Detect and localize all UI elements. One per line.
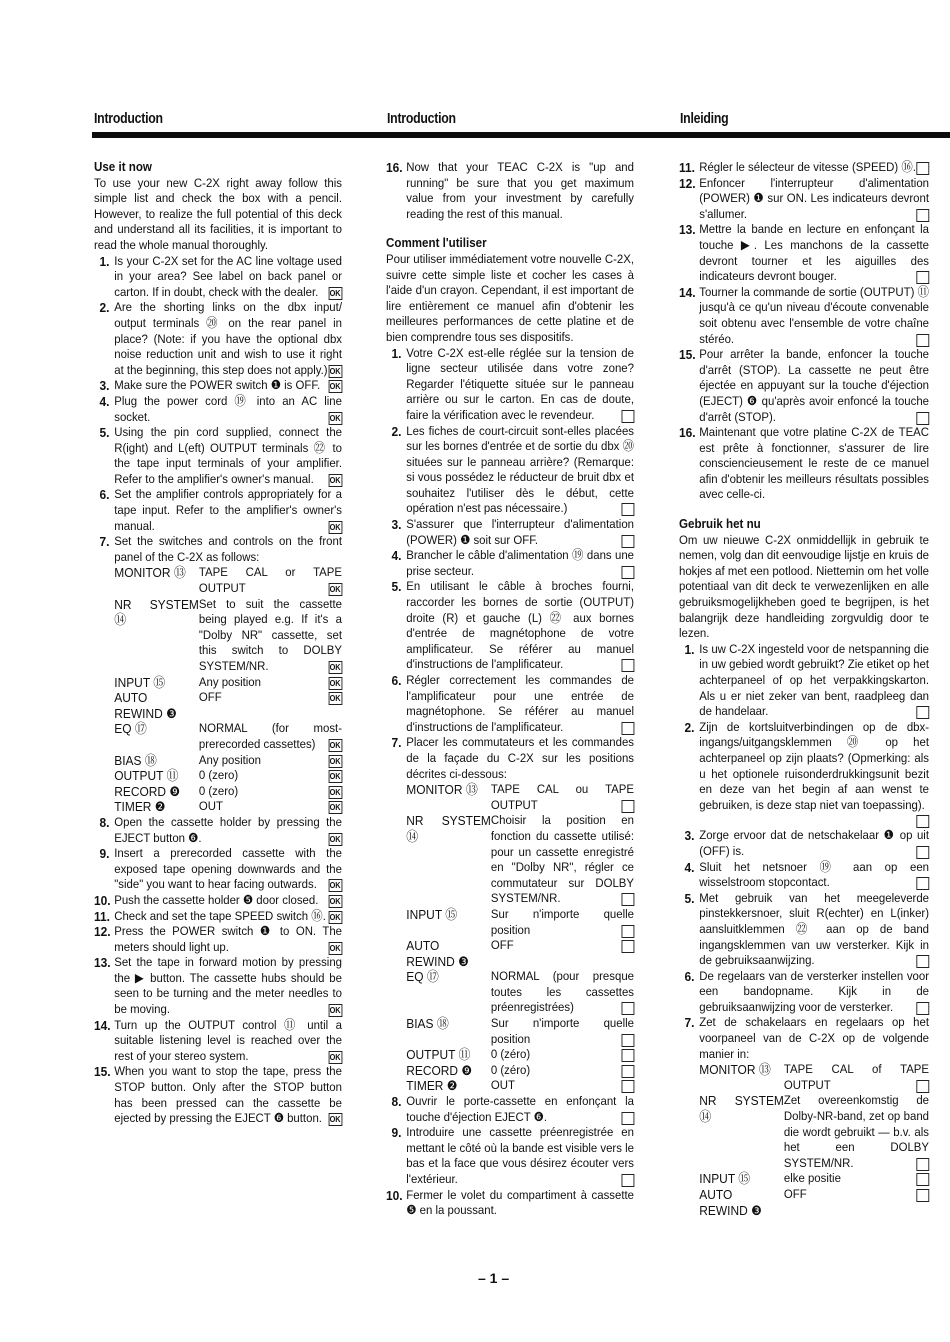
checkbox[interactable] — [621, 1049, 634, 1062]
step-number: 11. — [679, 160, 695, 176]
setting-value: Zet overeenkomstig de Dolby-NR-band, zet… — [784, 1093, 929, 1171]
step-text: S'assurer que l'interrupteur d'alimentat… — [406, 517, 634, 547]
settings-row: MONITOR ⑬TAPE CAL ou TAPE OUTPUT — [406, 782, 634, 813]
list-item: 13.Set the tape in forward motion by pre… — [94, 955, 342, 1017]
checkbox[interactable]: OK — [328, 755, 342, 768]
setting-key: RECORD ❾ — [406, 1063, 491, 1079]
step-text: Sluit het netsnoer ⑲ aan op een wisselst… — [699, 860, 929, 890]
setting-key: EQ ⑰ — [114, 721, 199, 752]
settings-row: AUTO REWIND ❸OFF — [406, 938, 634, 969]
list-item: 6.De regelaars van de versterker instell… — [679, 969, 929, 1016]
step-number: 13. — [679, 222, 696, 238]
section-intro: Pour utiliser immédiatement votre nouvel… — [386, 252, 634, 346]
step-text: When you want to stop the tape, press th… — [114, 1064, 342, 1125]
list-item: 14.Tourner la commande de sortie (OUTPUT… — [679, 285, 929, 347]
step-number: 7. — [100, 534, 110, 550]
list-item: 1.Votre C-2X est-elle réglée sur la tens… — [386, 346, 634, 424]
list-item: 4.Brancher le câble d'alimentation ⑲ dan… — [386, 548, 634, 579]
step-text: Votre C-2X est-elle réglée sur la tensio… — [406, 346, 634, 422]
step-text: Pour arrêter la bande, enfoncer la touch… — [699, 347, 929, 423]
checkbox[interactable] — [621, 1080, 634, 1093]
checkbox[interactable] — [916, 846, 929, 859]
setting-key: TIMER ❷ — [114, 799, 199, 815]
header-english: Introduction — [94, 110, 163, 127]
list-item: 4.Sluit het netsnoer ⑲ aan op een wissel… — [679, 860, 929, 891]
step-number: 11. — [94, 909, 110, 925]
setting-key: INPUT ⑮ — [699, 1171, 784, 1187]
settings-row: MONITOR ⑬TAPE CAL of TAPE OUTPUT — [699, 1062, 929, 1093]
list-item: 9.Insert a prerecorded cassette with the… — [94, 846, 342, 893]
step-number: 2. — [685, 720, 695, 736]
header-french: Introduction — [387, 110, 456, 127]
checkbox[interactable] — [916, 162, 929, 175]
list-item: 2.Zijn de kortsluitverbindingen op de db… — [679, 720, 929, 829]
step-text: Fermer le volet du compartiment à casset… — [406, 1188, 634, 1218]
step-number: 4. — [685, 860, 695, 876]
checkbox[interactable] — [916, 877, 929, 890]
checkbox[interactable]: OK — [328, 895, 342, 908]
checkbox[interactable]: OK — [328, 786, 342, 799]
checkbox[interactable]: OK — [328, 474, 342, 487]
checkbox[interactable] — [916, 1189, 929, 1202]
step-number: 4. — [392, 548, 402, 564]
checkbox[interactable] — [621, 1174, 634, 1187]
list-item: 11.Check and set the tape SPEED switch ⑯… — [94, 909, 342, 925]
step-text: Brancher le câble d'alimentation ⑲ dans … — [406, 548, 634, 578]
step-text: Set the switches and controls on the fro… — [114, 534, 342, 564]
list-item: 8.Ouvrir le porte-cassette en enfonçant … — [386, 1094, 634, 1125]
list-item: 9.Introduire une cassette préenregistrée… — [386, 1125, 634, 1187]
section-title: Use it now — [94, 160, 342, 176]
step-number: 2. — [392, 424, 402, 440]
setting-key: AUTO REWIND ❸ — [699, 1187, 784, 1218]
setting-value: TAPE CAL or TAPE OUTPUTOK — [199, 565, 342, 596]
setting-key: BIAS ⑱ — [114, 753, 199, 769]
step-text: Met gebruik van het meegeleverde pinstek… — [699, 891, 929, 967]
setting-key: RECORD ❾ — [114, 784, 199, 800]
step-number: 5. — [100, 425, 110, 441]
setting-value: NORMAL (for most-prerecorded cassettes)O… — [199, 721, 342, 752]
checkbox[interactable]: OK — [328, 1113, 342, 1126]
step-text: Placer les commutateurs et les commandes… — [406, 735, 634, 780]
step-text: Tourner la commande de sortie (OUTPUT) ⑪… — [699, 285, 929, 346]
setting-key: AUTO REWIND ❸ — [406, 938, 491, 969]
step-number: 10. — [386, 1188, 403, 1204]
list-item: 1.Is your C-2X set for the AC line volta… — [94, 254, 342, 301]
column-french: 16.Now that your TEAC C-2X is "up and ru… — [386, 160, 634, 1219]
setting-value: 0 (zéro) — [491, 1063, 634, 1079]
step-number: 1. — [392, 346, 402, 362]
checkbox[interactable]: OK — [328, 879, 342, 892]
setting-key: NR SYSTEM ⑭ — [406, 813, 491, 907]
checkbox[interactable] — [621, 410, 634, 423]
step-number: 2. — [100, 300, 110, 316]
header-dutch: Inleiding — [680, 110, 728, 127]
setting-key: BIAS ⑱ — [406, 1016, 491, 1047]
checkbox[interactable] — [621, 940, 634, 953]
setting-value: TAPE CAL of TAPE OUTPUT — [784, 1062, 929, 1093]
step-number: 15. — [679, 347, 696, 363]
list-item: 15.When you want to stop the tape, press… — [94, 1064, 342, 1126]
step-number: 8. — [100, 815, 110, 831]
checkbox[interactable]: OK — [328, 365, 342, 378]
column-dutch: 11.Régler le sélecteur de vitesse (SPEED… — [679, 160, 929, 1218]
settings-row: NR SYSTEM ⑭Zet overeenkomstig de Dolby-N… — [699, 1093, 929, 1171]
setting-key: MONITOR ⑬ — [699, 1062, 784, 1093]
setting-key: INPUT ⑮ — [406, 907, 491, 938]
settings-row: AUTO REWIND ❸OFF — [699, 1187, 929, 1218]
settings-row: TIMER ❷OUT — [406, 1078, 634, 1094]
settings-row: BIAS ⑱Any positionOK — [114, 753, 342, 769]
column-english: Use it nowTo use your new C-2X right awa… — [94, 160, 342, 1127]
list-item: 16.Now that your TEAC C-2X is "up and ru… — [386, 160, 634, 222]
section-intro: Om uw nieuwe C-2X onmiddellijk in gebrui… — [679, 533, 929, 642]
list-item: 15.Pour arrêter la bande, enfoncer la to… — [679, 347, 929, 425]
checkbox[interactable]: OK — [328, 521, 342, 534]
setting-value: TAPE CAL ou TAPE OUTPUT — [491, 782, 634, 813]
step-number: 14. — [679, 285, 696, 301]
checkbox[interactable]: OK — [328, 287, 342, 300]
checkbox[interactable]: OK — [328, 911, 342, 924]
step-text: Make sure the POWER switch ❶ is OFF. — [114, 378, 320, 392]
settings-table: MONITOR ⑬TAPE CAL of TAPE OUTPUTNR SYSTE… — [679, 1062, 929, 1218]
step-number: 12. — [679, 176, 696, 192]
setting-value: elke positie — [784, 1171, 929, 1187]
setting-value: Set to suit the cassette being played e.… — [199, 597, 342, 675]
checkbox[interactable] — [621, 566, 634, 579]
checkbox[interactable]: OK — [328, 833, 342, 846]
spacer — [679, 503, 929, 517]
list-item: 5.En utilisant le câble à broches fourni… — [386, 579, 634, 673]
checkbox[interactable] — [621, 503, 634, 516]
step-text: Zet de schakelaars en regelaars op het v… — [699, 1015, 929, 1060]
checkbox[interactable] — [916, 1173, 929, 1186]
list-item: 1.Is uw C-2X ingesteld voor de netspanni… — [679, 642, 929, 720]
checkbox[interactable] — [916, 209, 929, 222]
step-number: 7. — [685, 1015, 695, 1031]
step-text: Is your C-2X set for the AC line voltage… — [114, 254, 342, 299]
step-number: 10. — [94, 893, 111, 909]
setting-key: NR SYSTEM ⑭ — [699, 1093, 784, 1171]
list-item: 16.Maintenant que votre platine C-2X de … — [679, 425, 929, 503]
setting-key: AUTO REWIND ❸ — [114, 690, 199, 721]
checkbox[interactable]: OK — [328, 380, 342, 393]
setting-value: OFFOK — [199, 690, 342, 721]
setting-key: OUTPUT ⑪ — [114, 768, 199, 784]
setting-key: OUTPUT ⑪ — [406, 1047, 491, 1063]
step-text: Maintenant que votre platine C-2X de TEA… — [699, 425, 929, 501]
step-text: Turn up the OUTPUT control ⑪ until a sui… — [114, 1018, 342, 1063]
step-text: Using the pin cord supplied, connect the… — [114, 425, 342, 486]
checkbox[interactable] — [621, 722, 634, 735]
setting-value: OFF — [491, 938, 634, 969]
checkbox[interactable] — [916, 1080, 929, 1093]
step-text: Push the cassette holder ❺ door closed. — [114, 893, 318, 907]
setting-value: 0 (zéro) — [491, 1047, 634, 1063]
setting-key: NR SYSTEM ⑭ — [114, 597, 199, 675]
checkbox[interactable] — [621, 1002, 634, 1015]
step-number: 6. — [392, 673, 402, 689]
checkbox[interactable] — [916, 1158, 929, 1171]
step-text: Introduire une cassette préenregistrée e… — [406, 1125, 634, 1186]
checkbox[interactable]: OK — [328, 1051, 342, 1064]
step-number: 5. — [685, 891, 695, 907]
spacer — [386, 222, 634, 236]
step-number: 3. — [100, 378, 110, 394]
step-number: 12. — [94, 924, 111, 940]
checkbox[interactable] — [916, 706, 929, 719]
setting-key: MONITOR ⑬ — [406, 782, 491, 813]
step-text: Zorge ervoor dat de netschakelaar ❶ op u… — [699, 828, 929, 858]
checkbox[interactable]: OK — [328, 1004, 342, 1017]
settings-row: EQ ⑰NORMAL (pour presque toutes les cass… — [406, 969, 634, 1016]
setting-key: TIMER ❷ — [406, 1078, 491, 1094]
section-intro: To use your new C-2X right away follow t… — [94, 176, 342, 254]
checkbox[interactable]: OK — [328, 412, 342, 425]
checkbox[interactable]: OK — [328, 942, 342, 955]
checkbox[interactable] — [621, 800, 634, 813]
step-text: Set the tape in forward motion by pressi… — [114, 955, 342, 1016]
settings-row: INPUT ⑮elke positie — [699, 1171, 929, 1187]
checkbox[interactable] — [621, 659, 634, 672]
section-title: Gebruik het nu — [679, 517, 929, 533]
step-text: Mettre la bande en lecture en enfonçant … — [699, 222, 929, 283]
step-number: 9. — [100, 846, 110, 862]
list-item: 6.Régler correctement les commandes de l… — [386, 673, 634, 735]
step-text: Les fiches de court-circuit sont-elles p… — [406, 424, 634, 516]
list-item: 3.Make sure the POWER switch ❶ is OFF.OK — [94, 378, 342, 394]
settings-row: NR SYSTEM ⑭Set to suit the cassette bein… — [114, 597, 342, 675]
settings-row: RECORD ❾0 (zero)OK — [114, 784, 342, 800]
setting-value: NORMAL (pour presque toutes les cassette… — [491, 969, 634, 1016]
checkbox[interactable] — [621, 925, 634, 938]
step-text: Are the shorting links on the dbx input/… — [114, 300, 342, 376]
step-text: Open the cassette holder by pressing the… — [114, 815, 342, 845]
step-text: Press the POWER switch ❶ to ON. The mete… — [114, 924, 342, 954]
setting-value: OUTOK — [199, 799, 342, 815]
list-item: 4.Plug the power cord ⑲ into an AC line … — [94, 394, 342, 425]
list-item: 7.Placer les commutateurs et les command… — [386, 735, 634, 782]
list-item: 3.Zorge ervoor dat de netschakelaar ❶ op… — [679, 828, 929, 859]
list-item: 7.Set the switches and controls on the f… — [94, 534, 342, 565]
checkbox[interactable] — [916, 412, 929, 425]
settings-row: NR SYSTEM ⑭Choisir la position en foncti… — [406, 813, 634, 907]
step-text: Zijn de kortsluitverbindingen op de dbx-… — [699, 720, 929, 812]
step-number: 7. — [392, 735, 402, 751]
list-item: 2.Les fiches de court-circuit sont-elles… — [386, 424, 634, 518]
setting-value: Any positionOK — [199, 675, 342, 691]
step-number: 8. — [392, 1094, 402, 1110]
checkbox[interactable] — [916, 1002, 929, 1015]
list-item: 5.Met gebruik van het meegeleverde pinst… — [679, 891, 929, 969]
step-text: De regelaars van de versterker instellen… — [699, 969, 929, 1014]
settings-row: MONITOR ⑬TAPE CAL or TAPE OUTPUTOK — [114, 565, 342, 596]
settings-row: OUTPUT ⑪0 (zero)OK — [114, 768, 342, 784]
checkbox[interactable] — [916, 815, 929, 828]
step-text: Enfoncer l'interrupteur d'alimentation (… — [699, 176, 929, 221]
step-number: 9. — [392, 1125, 402, 1141]
list-item: 12.Enfoncer l'interrupteur d'alimentatio… — [679, 176, 929, 223]
checkbox[interactable] — [621, 1112, 634, 1125]
setting-value: Any positionOK — [199, 753, 342, 769]
settings-row: RECORD ❾0 (zéro) — [406, 1063, 634, 1079]
setting-value: Sur n'importe quelle position — [491, 1016, 634, 1047]
list-item: 8.Open the cassette holder by pressing t… — [94, 815, 342, 846]
step-number: 13. — [94, 955, 111, 971]
checkbox[interactable] — [621, 893, 634, 906]
list-item: 13.Mettre la bande en lecture en enfonça… — [679, 222, 929, 284]
step-number: 15. — [94, 1064, 111, 1080]
settings-table: MONITOR ⑬TAPE CAL ou TAPE OUTPUTNR SYSTE… — [386, 782, 634, 1094]
list-item: 7.Zet de schakelaars en regelaars op het… — [679, 1015, 929, 1062]
header-rule — [92, 132, 950, 138]
list-item: 10.Fermer le volet du compartiment à cas… — [386, 1188, 634, 1219]
checkbox[interactable]: OK — [328, 692, 342, 705]
checkbox[interactable] — [621, 1034, 634, 1047]
settings-row: EQ ⑰NORMAL (for most-prerecorded cassett… — [114, 721, 342, 752]
step-number: 3. — [392, 517, 402, 533]
settings-table: MONITOR ⑬TAPE CAL or TAPE OUTPUTOKNR SYS… — [94, 565, 342, 815]
setting-key: INPUT ⑮ — [114, 675, 199, 691]
step-number: 16. — [386, 160, 403, 176]
list-item: 5.Using the pin cord supplied, connect t… — [94, 425, 342, 487]
checkbox[interactable]: OK — [328, 739, 342, 752]
checkbox[interactable]: OK — [328, 583, 342, 596]
setting-key: EQ ⑰ — [406, 969, 491, 1016]
checkbox[interactable]: OK — [328, 801, 342, 814]
step-number: 1. — [100, 254, 110, 270]
list-item: 6.Set the amplifier controls appropriate… — [94, 487, 342, 534]
step-text: Ouvrir le porte-cassette en enfonçant la… — [406, 1094, 634, 1124]
settings-row: TIMER ❷OUTOK — [114, 799, 342, 815]
settings-row: INPUT ⑮Sur n'importe quelle position — [406, 907, 634, 938]
step-text: Now that your TEAC C-2X is "up and runni… — [406, 160, 634, 221]
checkbox[interactable] — [916, 955, 929, 968]
settings-row: BIAS ⑱Sur n'importe quelle position — [406, 1016, 634, 1047]
step-number: 3. — [685, 828, 695, 844]
list-item: 12.Press the POWER switch ❶ to ON. The m… — [94, 924, 342, 955]
step-number: 6. — [685, 969, 695, 985]
list-item: 10.Push the cassette holder ❺ door close… — [94, 893, 342, 909]
step-number: 16. — [679, 425, 696, 441]
list-item: 14.Turn up the OUTPUT control ⑪ until a … — [94, 1018, 342, 1065]
checkbox[interactable] — [621, 535, 634, 548]
step-text: Set the amplifier controls appropriately… — [114, 487, 342, 532]
step-text: Is uw C-2X ingesteld voor de netspanning… — [699, 642, 929, 718]
settings-row: INPUT ⑮Any positionOK — [114, 675, 342, 691]
checkbox[interactable]: OK — [328, 661, 342, 674]
setting-value: OUT — [491, 1078, 634, 1094]
page-number: – 1 – — [478, 1270, 509, 1286]
step-text: Régler correctement les commandes de l'a… — [406, 673, 634, 734]
step-text: Check and set the tape SPEED switch ⑯. — [114, 909, 326, 923]
step-number: 14. — [94, 1018, 111, 1034]
checkbox[interactable] — [916, 271, 929, 284]
step-number: 6. — [100, 487, 110, 503]
settings-row: AUTO REWIND ❸OFFOK — [114, 690, 342, 721]
setting-value: 0 (zero)OK — [199, 784, 342, 800]
checkbox[interactable] — [621, 1065, 634, 1078]
list-item: 11.Régler le sélecteur de vitesse (SPEED… — [679, 160, 929, 176]
list-item: 2.Are the shorting links on the dbx inpu… — [94, 300, 342, 378]
setting-key: MONITOR ⑬ — [114, 565, 199, 596]
step-number: 4. — [100, 394, 110, 410]
step-number: 1. — [685, 642, 695, 658]
step-text: Insert a prerecorded cassette with the e… — [114, 846, 342, 891]
setting-value: OFF — [784, 1187, 929, 1218]
section-title: Comment l'utiliser — [386, 236, 634, 252]
setting-value: Sur n'importe quelle position — [491, 907, 634, 938]
setting-value: 0 (zero)OK — [199, 768, 342, 784]
checkbox[interactable]: OK — [328, 677, 342, 690]
settings-row: OUTPUT ⑪0 (zéro) — [406, 1047, 634, 1063]
checkbox[interactable]: OK — [328, 770, 342, 783]
step-number: 5. — [392, 579, 402, 595]
step-text: Plug the power cord ⑲ into an AC line so… — [114, 394, 342, 424]
checkbox[interactable] — [916, 334, 929, 347]
setting-value: Choisir la position en fonction du casse… — [491, 813, 634, 907]
step-text: Régler le sélecteur de vitesse (SPEED) ⑯… — [699, 160, 916, 174]
step-text: En utilisant le câble à broches fourni, … — [406, 579, 634, 671]
list-item: 3.S'assurer que l'interrupteur d'aliment… — [386, 517, 634, 548]
